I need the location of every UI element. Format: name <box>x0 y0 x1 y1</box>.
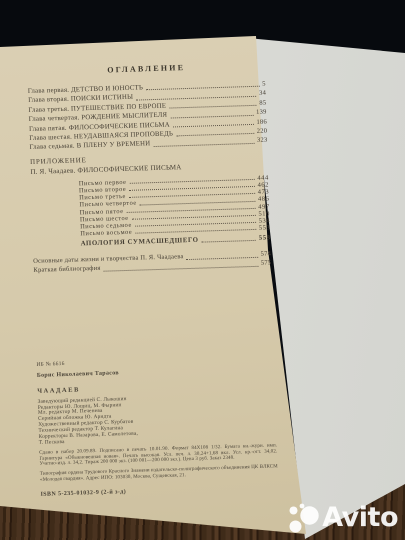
colophon: ИБ № 6616 Борис Николаевич Тарасов ЧААДА… <box>36 354 278 498</box>
chapter-page-number: 139 <box>256 108 267 118</box>
dot-leader <box>135 229 256 234</box>
printer-address: Типография ордена Трудового Красного Зна… <box>40 464 278 483</box>
letter-page-number: 553 <box>259 225 271 233</box>
print-details: Сдано в набор 20.09.89. Подписано в печа… <box>39 443 277 468</box>
dot-leader <box>202 240 256 243</box>
dot-leader <box>104 266 258 272</box>
apology-label: АПОЛОГИЯ СУМАСШЕДШЕГО <box>81 236 199 249</box>
chapter-list: Глава первая. ДЕТСТВО И ЮНОСТЬ 5 Глава в… <box>28 80 268 153</box>
extra-page-number: 574 <box>260 251 271 260</box>
extras-list: Основные даты жизни и творчества П. Я. Ч… <box>33 251 271 276</box>
chapter-page-number: 323 <box>257 136 268 146</box>
chapter-page-number: 34 <box>259 89 266 99</box>
chapter-page-number: 186 <box>256 117 267 127</box>
extra-label: Краткая библиография <box>33 265 100 276</box>
avito-wordmark: Avito <box>322 504 398 531</box>
author-name: Борис Николаевич Тарасов <box>37 365 275 378</box>
letters-list: Письмо первое 444 Письмо второе 462 Пись… <box>31 174 271 250</box>
extra-page-number: 575 <box>261 259 272 268</box>
staff-credits: Заведующий редакцией С. Лыкошин Редактор… <box>38 392 277 447</box>
avito-logo-icon <box>287 503 319 535</box>
dot-leader <box>153 143 254 147</box>
apology-page-number: 558 <box>259 234 271 243</box>
letter-label: Письмо восьмое <box>80 229 132 238</box>
contents-text: ОГЛАВЛЕНИЕ Глава первая. ДЕТСТВО И ЮНОСТ… <box>27 57 279 499</box>
book-photo: ОГЛАВЛЕНИЕ Глава первая. ДЕТСТВО И ЮНОСТ… <box>0 0 405 540</box>
chapter-page-number: 85 <box>259 98 266 108</box>
toc-title: ОГЛАВЛЕНИЕ <box>27 61 265 77</box>
chapter-page-number: 5 <box>262 80 266 90</box>
avito-watermark: Avito <box>287 503 398 535</box>
chapter-page-number: 220 <box>257 127 268 137</box>
